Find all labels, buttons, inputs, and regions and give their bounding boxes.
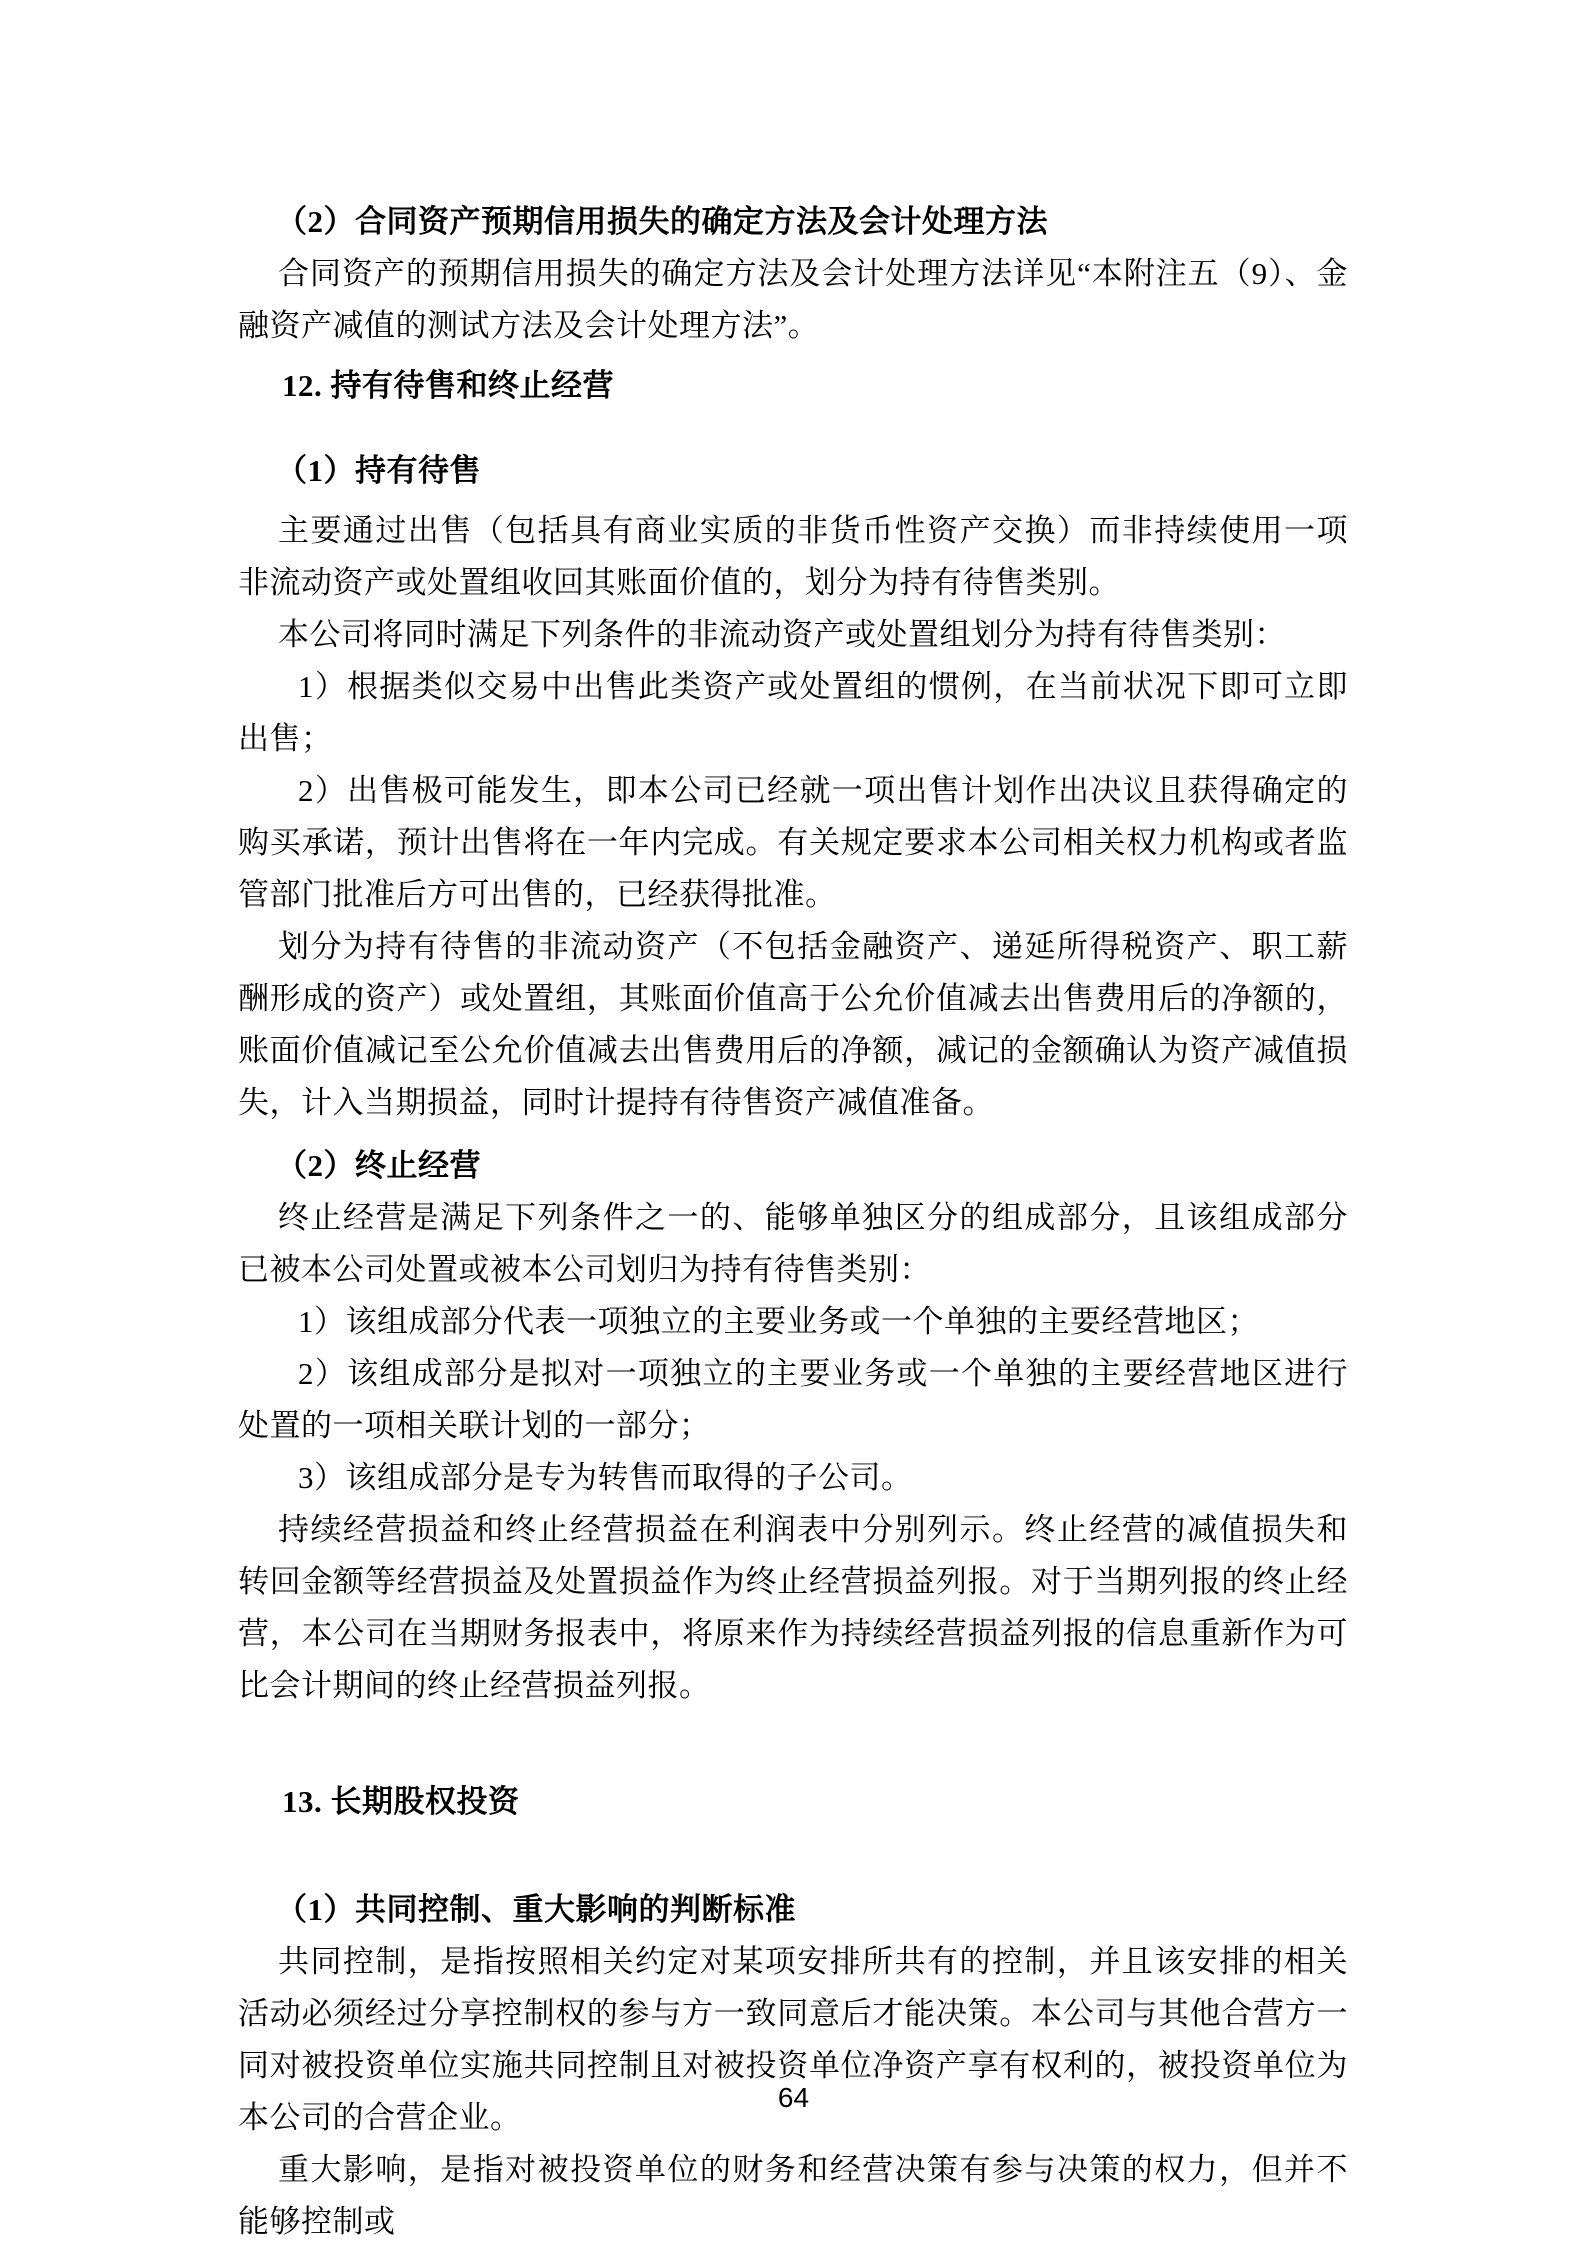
heading-1-joint-control-significant-influence-criteria: （1）共同控制、重大影响的判断标准 bbox=[238, 1884, 1348, 1936]
list-item-component-1-separate-major-line: 1）该组成部分代表一项独立的主要业务或一个单独的主要经营地区； bbox=[238, 1296, 1348, 1348]
list-item-component-3-subsidiary-for-resale: 3）该组成部分是专为转售而取得的子公司。 bbox=[238, 1452, 1348, 1504]
paragraph-significant-influence-definition: 重大影响，是指对被投资单位的财务和经营决策有参与决策的权力，但并不能够控制或 bbox=[238, 2144, 1348, 2245]
paragraph-held-for-sale-measurement: 划分为持有待售的非流动资产（不包括金融资产、递延所得税资产、职工薪酬形成的资产）… bbox=[238, 921, 1348, 1129]
paragraph-discontinued-operations-definition: 终止经营是满足下列条件之一的、能够单独区分的组成部分，且该组成部分已被本公司处置… bbox=[238, 1192, 1348, 1296]
heading-contract-asset-ecl-method: （2）合同资产预期信用损失的确定方法及会计处理方法 bbox=[238, 196, 1348, 248]
list-item-condition-2-highly-probable-sale: 2）出售极可能发生，即本公司已经就一项出售计划作出决议且获得确定的购买承诺，预计… bbox=[238, 765, 1348, 921]
list-item-component-2-single-disposal-plan: 2）该组成部分是拟对一项独立的主要业务或一个单独的主要经营地区进行处置的一项相关… bbox=[238, 1348, 1348, 1452]
heading-1-held-for-sale: （1）持有待售 bbox=[238, 445, 1348, 497]
paragraph-contract-asset-ecl-reference: 合同资产的预期信用损失的确定方法及会计处理方法详见“本附注五（9）、金融资产减值… bbox=[238, 248, 1348, 352]
paragraph-held-for-sale-definition: 主要通过出售（包括具有商业实质的非货币性资产交换）而非持续使用一项非流动资产或处… bbox=[238, 505, 1348, 609]
document-page: （2）合同资产预期信用损失的确定方法及会计处理方法 合同资产的预期信用损失的确定… bbox=[0, 0, 1587, 2245]
paragraph-held-for-sale-conditions-intro: 本公司将同时满足下列条件的非流动资产或处置组划分为持有待售类别： bbox=[238, 609, 1348, 661]
page-number: 64 bbox=[0, 2082, 1587, 2114]
document-body: （2）合同资产预期信用损失的确定方法及会计处理方法 合同资产的预期信用损失的确定… bbox=[238, 196, 1348, 2245]
heading-12-held-for-sale-and-discontinued-operations: 12. 持有待售和终止经营 bbox=[238, 360, 1348, 412]
list-item-condition-1-immediate-sale: 1）根据类似交易中出售此类资产或处置组的惯例，在当前状况下即可立即出售； bbox=[238, 661, 1348, 765]
heading-2-discontinued-operations: （2）终止经营 bbox=[238, 1140, 1348, 1192]
paragraph-presentation-in-income-statement: 持续经营损益和终止经营损益在利润表中分别列示。终止经营的减值损失和转回金额等经营… bbox=[238, 1504, 1348, 1712]
heading-13-long-term-equity-investment: 13. 长期股权投资 bbox=[238, 1776, 1348, 1828]
